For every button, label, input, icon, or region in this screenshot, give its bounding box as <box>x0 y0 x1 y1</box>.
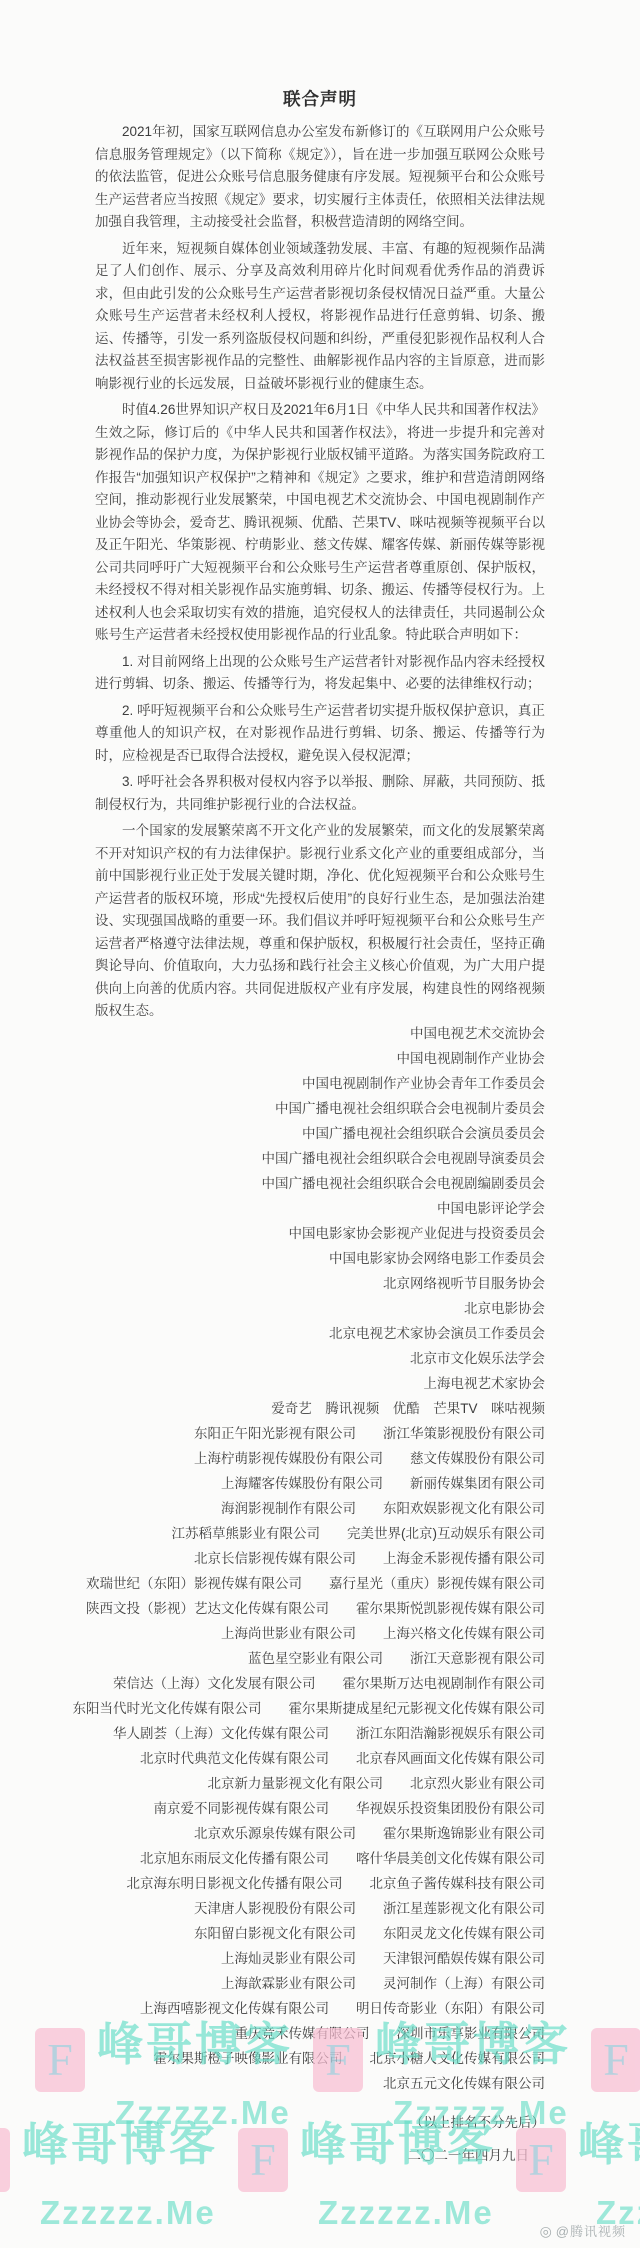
association-line: 中国电视剧制作产业协会 <box>20 1046 545 1071</box>
association-line: 上海电视艺术家协会 <box>20 1371 545 1396</box>
association-line: 中国电视剧制作产业协会青年工作委员会 <box>20 1071 545 1096</box>
association-line: 中国广播电视社会组织联合会演员委员会 <box>20 1121 545 1146</box>
company-line: 北京欢乐源泉传媒有限公司 霍尔果斯逸锦影业有限公司 <box>20 1821 545 1846</box>
paragraph: 2. 呼吁短视频平台和公众账号生产运营者切实提升版权保护意识，真正尊重他人的知识… <box>95 700 545 768</box>
company-line: 上海柠萌影视传媒股份有限公司 慈文传媒股份有限公司 <box>20 1446 545 1471</box>
watermark-tile: F峰哥博客Zzzzzz.Me <box>591 2008 640 2133</box>
watermark-f-badge: F <box>591 2028 640 2092</box>
company-line: 华人剧荟（上海）文化传媒有限公司 浙江东阳浩瀚影视娱乐有限公司 <box>20 1721 545 1746</box>
page-title: 联合声明 <box>0 0 640 111</box>
association-line: 中国广播电视社会组织联合会电视制片委员会 <box>20 1096 545 1121</box>
watermark-brand-url: Zzzzzz.Me <box>40 2194 216 2232</box>
statement-body: 2021年初，国家互联网信息办公室发布新修订的《互联网用户公众账号信息服务管理规… <box>0 111 640 1023</box>
paragraph: 1. 对目前网络上出现的公众账号生产运营者针对影视作品内容未经授权进行剪辑、切条… <box>95 651 545 696</box>
source-watermark-text: @腾讯视频 <box>556 2224 626 2239</box>
watermark-brand-url: Zzzzzz.Me <box>318 2194 494 2232</box>
signatories-block: 中国电视艺术交流协会中国电视剧制作产业协会中国电视剧制作产业协会青年工作委员会中… <box>20 1021 545 2168</box>
company-line: 北京时代典范文化传媒有限公司 北京春风画面文化传媒有限公司 <box>20 1746 545 1771</box>
association-line: 中国电影家协会网络电影工作委员会 <box>20 1246 545 1271</box>
company-line: 上海灿灵影业有限公司 天津银河酷娱传媒有限公司 <box>20 1946 545 1971</box>
company-line: 陕西文投（影视）艺达文化传媒有限公司 霍尔果斯悦凯影视传媒有限公司 <box>20 1596 545 1621</box>
company-line: 江苏稻草熊影业有限公司 完美世界(北京)互动娱乐有限公司 <box>20 1521 545 1546</box>
association-line: 中国广播电视社会组织联合会电视剧编剧委员会 <box>20 1171 545 1196</box>
company-line: 上海耀客传媒股份有限公司 新丽传媒集团有限公司 <box>20 1471 545 1496</box>
company-line: 霍尔果斯橙子映像影业有限公司 北京小糖人文化传媒有限公司 <box>20 2046 545 2071</box>
association-line: 中国电影评论学会 <box>20 1196 545 1221</box>
paragraph: 2021年初，国家互联网信息办公室发布新修订的《互联网用户公众账号信息服务管理规… <box>95 121 545 234</box>
watermark-f-badge: F <box>0 2128 10 2192</box>
company-line: 东阳正午阳光影视有限公司 浙江华策影视股份有限公司 <box>20 1421 545 1446</box>
company-line: 蓝色星空影业有限公司 浙江天意影视有限公司 <box>20 1646 545 1671</box>
paragraph: 近年来，短视频自媒体创业领域蓬勃发展、丰富、有趣的短视频作品满足了人们创作、展示… <box>95 238 545 396</box>
company-line: 北京新力量影视文化有限公司 北京烈火影业有限公司 <box>20 1771 545 1796</box>
company-line: 重庆竞禾传媒有限公司 深圳市乐享影业有限公司 <box>20 2021 545 2046</box>
association-line: 北京市文化娱乐法学会 <box>20 1346 545 1371</box>
document-page: 联合声明 2021年初，国家互联网信息办公室发布新修订的《互联网用户公众账号信息… <box>0 0 640 2248</box>
association-line: 北京电影协会 <box>20 1296 545 1321</box>
company-line: 欢瑞世纪（东阳）影视传媒有限公司 嘉行星光（重庆）影视传媒有限公司 <box>20 1571 545 1596</box>
company-line: 东阳留白影视文化有限公司 东阳灵龙文化传媒有限公司 <box>20 1921 545 1946</box>
company-line: 海润影视制作有限公司 东阳欢娱影视文化有限公司 <box>20 1496 545 1521</box>
association-line: 中国广播电视社会组织联合会电视剧导演委员会 <box>20 1146 545 1171</box>
paragraph: 3. 呼吁社会各界积极对侵权内容予以举报、删除、屏蔽，共同预防、抵制侵权行为，共… <box>95 771 545 816</box>
company-line: 北京长信影视传媒有限公司 上海金禾影视传播有限公司 <box>20 1546 545 1571</box>
association-line: 北京电视艺术家协会演员工作委员会 <box>20 1321 545 1346</box>
statement-date: 二〇二一年四月九日 <box>20 2143 545 2168</box>
company-line: 上海尚世影业有限公司 上海兴格文化传媒有限公司 <box>20 1621 545 1646</box>
company-line: 天津唐人影视股份有限公司 浙江星莲影视文化有限公司 <box>20 1896 545 1921</box>
association-line: 中国电影家协会影视产业促进与投资委员会 <box>20 1221 545 1246</box>
ranking-note: （以上排名不分先后） <box>20 2110 545 2135</box>
company-line: 北京旭东雨辰文化传播有限公司 喀什华晨美创文化传媒有限公司 <box>20 1846 545 1871</box>
company-line: 荣信达（上海）文化发展有限公司 霍尔果斯万达电视剧制作有限公司 <box>20 1671 545 1696</box>
company-single-line: 北京五元文化传媒有限公司 <box>20 2071 545 2096</box>
paragraph: 时值4.26世界知识产权日及2021年6月1日《中华人民共和国著作权法》生效之际… <box>95 399 545 647</box>
signatory-lines: 中国电视艺术交流协会中国电视剧制作产业协会中国电视剧制作产业协会青年工作委员会中… <box>20 1021 545 2096</box>
company-line: 上海歆霖影业有限公司 灵河制作（上海）有限公司 <box>20 1971 545 1996</box>
company-line: 东阳当代时光文化传媒有限公司 霍尔果斯捷成星纪元影视文化传媒有限公司 <box>20 1696 545 1721</box>
company-line: 南京爱不同影视传媒有限公司 华视娱乐投资集团股份有限公司 <box>20 1796 545 1821</box>
platforms-line: 爱奇艺 腾讯视频 优酷 芒果TV 咪咕视频 <box>20 1396 545 1421</box>
company-line: 北京海东明日影视文化传播有限公司 北京鱼子酱传媒科技有限公司 <box>20 1871 545 1896</box>
company-line: 上海西嘻影视文化传媒有限公司 明日传奇影业（东阳）有限公司 <box>20 1996 545 2021</box>
paragraph: 一个国家的发展繁荣离不开文化产业的发展繁荣，而文化的发展繁荣离不开对知识产权的有… <box>95 820 545 1023</box>
association-line: 北京网络视听节目服务协会 <box>20 1271 545 1296</box>
association-line: 中国电视艺术交流协会 <box>20 1021 545 1046</box>
source-logo-icon: ◎ <box>540 2223 553 2240</box>
source-watermark: ◎@腾讯视频 <box>540 2221 626 2240</box>
watermark-brand-cn: 峰哥博客 <box>578 2108 640 2174</box>
